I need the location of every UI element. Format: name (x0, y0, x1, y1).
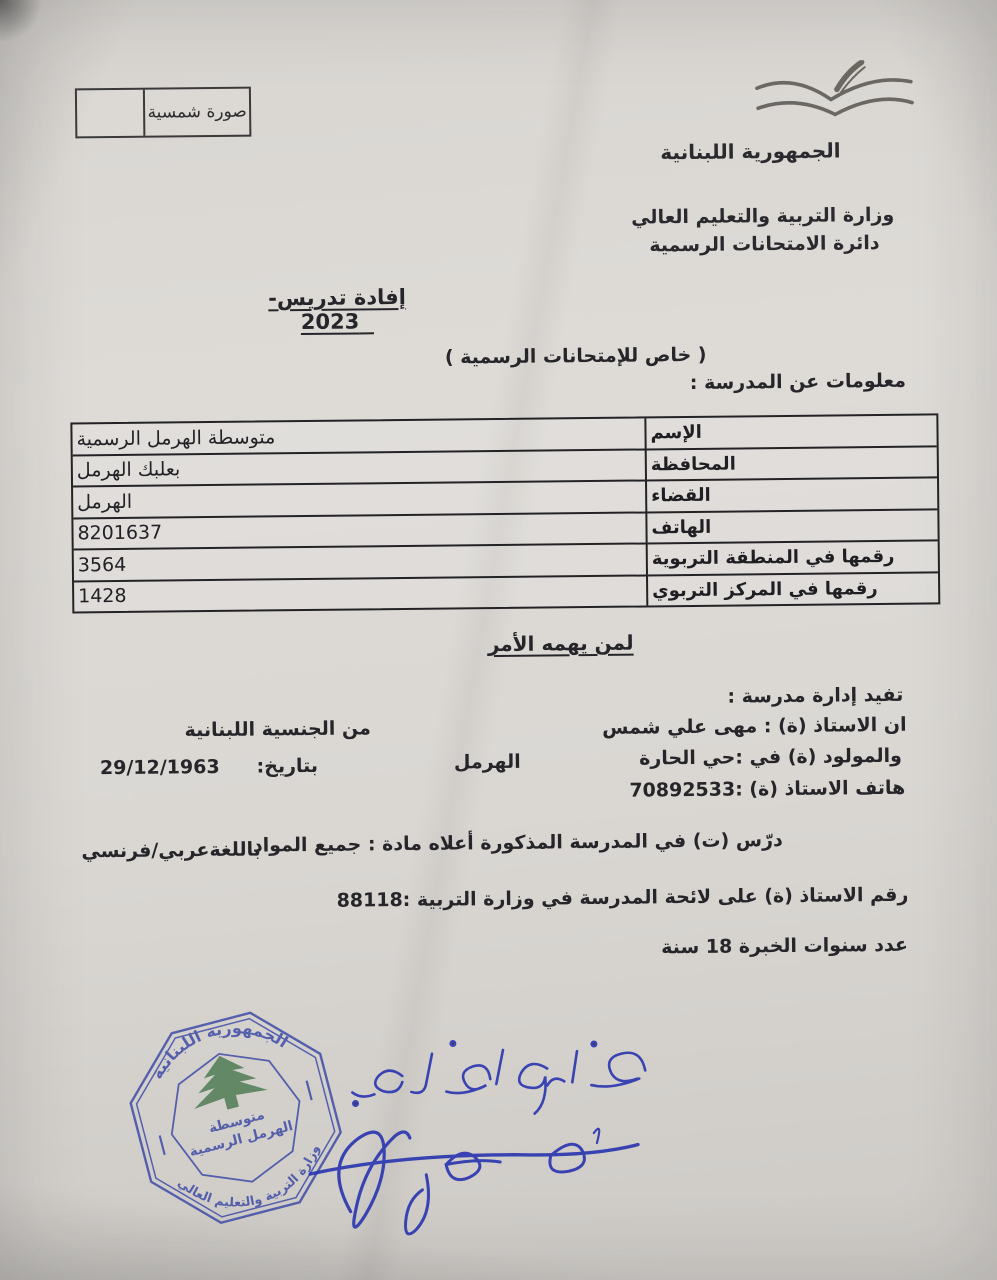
handwritten-signature (293, 1020, 667, 1242)
table-cell-label: الهاتف (647, 510, 937, 543)
language-line: باللغة عربي/فرنسي (91, 839, 261, 863)
birthdate-line: بتاريخ: 29/12/1963 (100, 755, 318, 779)
taught-line: درّس (ت) في المدرسة المذكورة أعلاه مادة … (253, 829, 783, 857)
nationality-line: من الجنسية اللبنانية (184, 717, 370, 741)
doc-subtitle: ( خاص للإمتحانات الرسمية ) (441, 344, 711, 369)
table-cell-value: 1428 (74, 576, 648, 612)
experience-line: عدد سنوات الخبرة 18 سنة (661, 934, 908, 959)
table-cell-value: الهرمل (73, 481, 647, 517)
doc-title-text: إفادة تدريس- (268, 285, 406, 310)
table-cell-label: الإسم (646, 415, 936, 448)
birthdate-label: بتاريخ: (256, 755, 318, 778)
doc-title: إفادة تدريس- 2023 (237, 285, 437, 335)
photo-box: صورة شمسية (75, 87, 252, 139)
school-info-heading: معلومات عن المدرسة : (690, 370, 906, 394)
registry-number-line: رقم الاستاذ (ة) على لائحة المدرسة في وزا… (337, 884, 909, 912)
letter-intro: تفيد إدارة مدرسة : (727, 684, 903, 708)
language-label: باللغة (209, 839, 261, 862)
table-cell-label: القضاء (647, 478, 937, 511)
table-cell-label: رقمها في المنطقة التربوية (648, 541, 938, 574)
birthplace-line: والمولود (ة) في :حي الحارة (639, 745, 902, 770)
school-info-table: متوسطة الهرمل الرسمية الإسم بعلبك الهرمل… (70, 413, 940, 613)
header-department: دائرة الامتحانات الرسمية (649, 232, 879, 256)
birthdate-value: 29/12/1963 (100, 756, 220, 779)
teacher-name-line: ان الاستاذ (ة) : مهى علي شمس (602, 714, 907, 739)
table-cell-label: المحافظة (647, 447, 937, 480)
birthplace-city: الهرمل (454, 751, 521, 774)
photo-box-label: صورة شمسية (145, 89, 249, 136)
paper-sheet: صورة شمسية الجمهورية اللبنانية وزارة الت… (0, 0, 997, 1280)
header-republic: الجمهورية اللبنانية (660, 138, 840, 164)
scanned-document-page: صورة شمسية الجمهورية اللبنانية وزارة الت… (0, 0, 997, 1280)
header-ministry: وزارة التربية والتعليم العالي (631, 204, 894, 229)
to-whom-heading: لمن يهمه الأمر (456, 630, 666, 656)
table-cell-value: بعلبك الهرمل (73, 450, 647, 486)
ministry-logo-icon (751, 60, 920, 136)
photo-box-empty-cell (77, 90, 145, 137)
doc-title-year: 2023 (301, 309, 360, 334)
table-cell-label: رقمها في المركز التربوي (648, 573, 938, 606)
table-cell-value: 3564 (74, 544, 648, 580)
teacher-phone-line: هاتف الاستاذ (ة) :70892533 (629, 777, 905, 802)
table-cell-value: 8201637 (73, 513, 647, 549)
language-value: عربي/فرنسي (81, 839, 209, 862)
cedar-icon (183, 1046, 270, 1117)
table-cell-value: متوسطة الهرمل الرسمية (72, 418, 646, 454)
